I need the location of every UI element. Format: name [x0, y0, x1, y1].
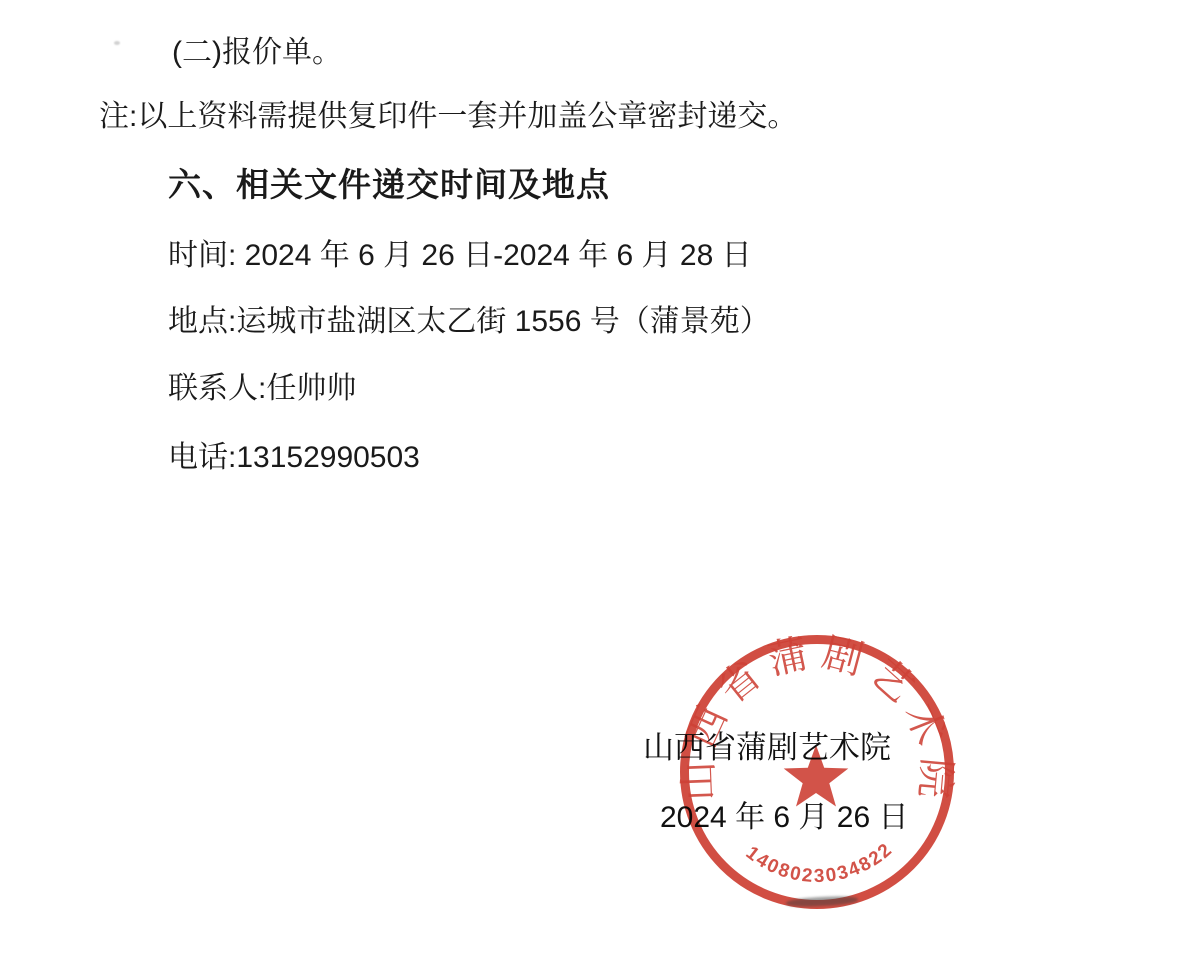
- seal-ring: [685, 640, 950, 905]
- official-seal: 山西省蒲剧艺术院 1408023034822: [0, 0, 1190, 962]
- seal-serial-number: 1408023034822: [742, 839, 898, 887]
- organization-name: 山西省蒲剧艺术院: [643, 722, 891, 767]
- scan-smudge: [786, 895, 858, 908]
- document-phone-line: 电话:13152990503: [168, 441, 420, 476]
- document-note-line: 注:以上资料需提供复印件一套并加盖公章密封递交。: [99, 100, 797, 135]
- scan-speck: [114, 41, 120, 45]
- svg-text:山西省蒲剧艺术院: 山西省蒲剧艺术院: [675, 629, 959, 809]
- document-time-line: 时间: 2024 年 6 月 26 日-2024 年 6 月 28 日: [168, 239, 752, 274]
- svg-text:1408023034822: 1408023034822: [742, 839, 898, 887]
- document-line-item: (二)报价单。: [172, 36, 342, 71]
- document-address-line: 地点:运城市盐湖区太乙街 1556 号（蒲景苑）: [168, 305, 770, 340]
- section-heading: 六、相关文件递交时间及地点: [168, 166, 610, 204]
- seal-arc-text: 山西省蒲剧艺术院: [675, 629, 959, 809]
- scanned-document-page: (二)报价单。 注:以上资料需提供复印件一套并加盖公章密封递交。 六、相关文件递…: [0, 0, 1190, 962]
- document-contact-line: 联系人:任帅帅: [168, 372, 356, 407]
- signature-date: 2024 年 6 月 26 日: [660, 792, 908, 836]
